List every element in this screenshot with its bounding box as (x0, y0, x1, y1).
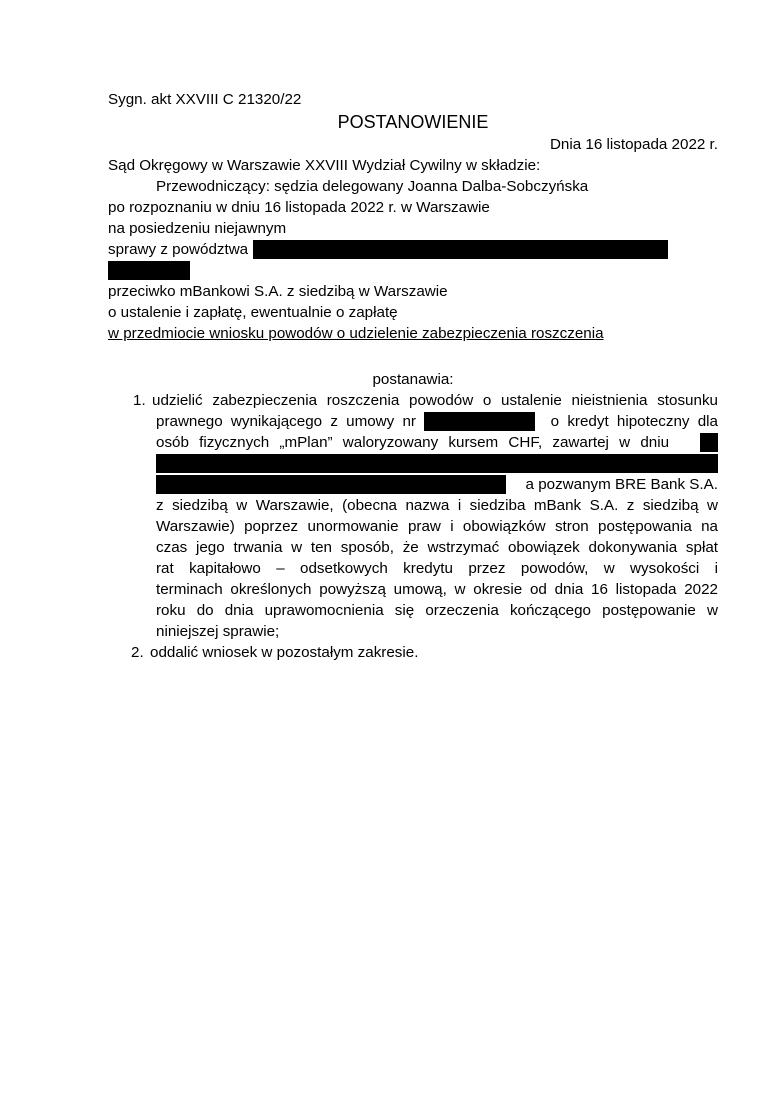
item-line-text: prawnego wynikającego z umowy nr (156, 411, 416, 432)
plaintiff-line: sprawy z powództwa (108, 239, 718, 260)
document-title: POSTANOWIENIE (108, 110, 718, 134)
item-number: 1. (133, 390, 146, 411)
item-line: udzielić zabezpieczenia roszczenia powod… (152, 390, 718, 411)
item-line: z siedzibą w Warszawie, (obecna nazwa i … (156, 495, 718, 516)
decision-item-2: 2. oddalić wniosek w pozostałym zakresie… (108, 642, 718, 663)
item-text: oddalić wniosek w pozostałym zakresie. (150, 642, 718, 663)
redaction-box (700, 433, 718, 452)
item-line: osób fizycznych „mPlan” waloryzowany kur… (156, 432, 718, 453)
session-type: na posiedzeniu niejawnym (108, 218, 718, 239)
case-matter: w przedmiocie wniosku powodów o udzielen… (108, 323, 718, 344)
item-line: terminach określonych powyższą umową, w … (156, 579, 718, 600)
item-line: czas jego trwania w ten sposób, że wstrz… (156, 537, 718, 558)
item-line: rat kapitałowo – odsetkowych kredytu prz… (156, 558, 718, 579)
hearing-info: po rozpoznaniu w dniu 16 listopada 2022 … (108, 197, 718, 218)
item-line: prawnego wynikającego z umowy nr o kredy… (156, 411, 718, 432)
court-composition: Sąd Okręgowy w Warszawie XXVIII Wydział … (108, 155, 718, 176)
case-signature: Sygn. akt XXVIII C 21320/22 (108, 89, 718, 110)
presiding-judge: Przewodniczący: sędzia delegowany Joanna… (108, 176, 718, 197)
item-line: a pozwanym BRE Bank S.A. (156, 474, 718, 495)
decision-item-1: 1. udzielić zabezpieczenia roszczenia po… (108, 390, 718, 642)
redaction-box (108, 261, 190, 280)
item-line (156, 453, 718, 474)
decision-list: 1. udzielić zabezpieczenia roszczenia po… (108, 390, 718, 663)
item-line: Warszawie) poprzez unormowanie praw i ob… (156, 516, 718, 537)
item-line: niniejszej sprawie; (156, 621, 718, 642)
item-line-text: osób fizycznych „mPlan” waloryzowany kur… (156, 432, 669, 453)
defendant-line: przeciwko mBankowi S.A. z siedzibą w War… (108, 281, 718, 302)
document-date: Dnia 16 listopada 2022 r. (108, 134, 718, 155)
redaction-box (156, 475, 506, 494)
court-document: Sygn. akt XXVIII C 21320/22 POSTANOWIENI… (108, 89, 718, 663)
case-subject: o ustalenie i zapłatę, ewentualnie o zap… (108, 302, 718, 323)
item-line-text: o kredyt hipoteczny dla (551, 411, 718, 432)
redaction-box (253, 240, 668, 259)
redaction-box (424, 412, 535, 431)
item-line-text: a pozwanym BRE Bank S.A. (526, 474, 718, 495)
decision-heading: postanawia: (108, 369, 718, 390)
redaction-box (156, 454, 718, 473)
item-number: 2. (131, 642, 144, 663)
plaintiff-line-2 (108, 260, 718, 281)
case-prefix: sprawy z powództwa (108, 241, 248, 258)
item-line: roku do dnia uprawomocnienia się orzecze… (156, 600, 718, 621)
